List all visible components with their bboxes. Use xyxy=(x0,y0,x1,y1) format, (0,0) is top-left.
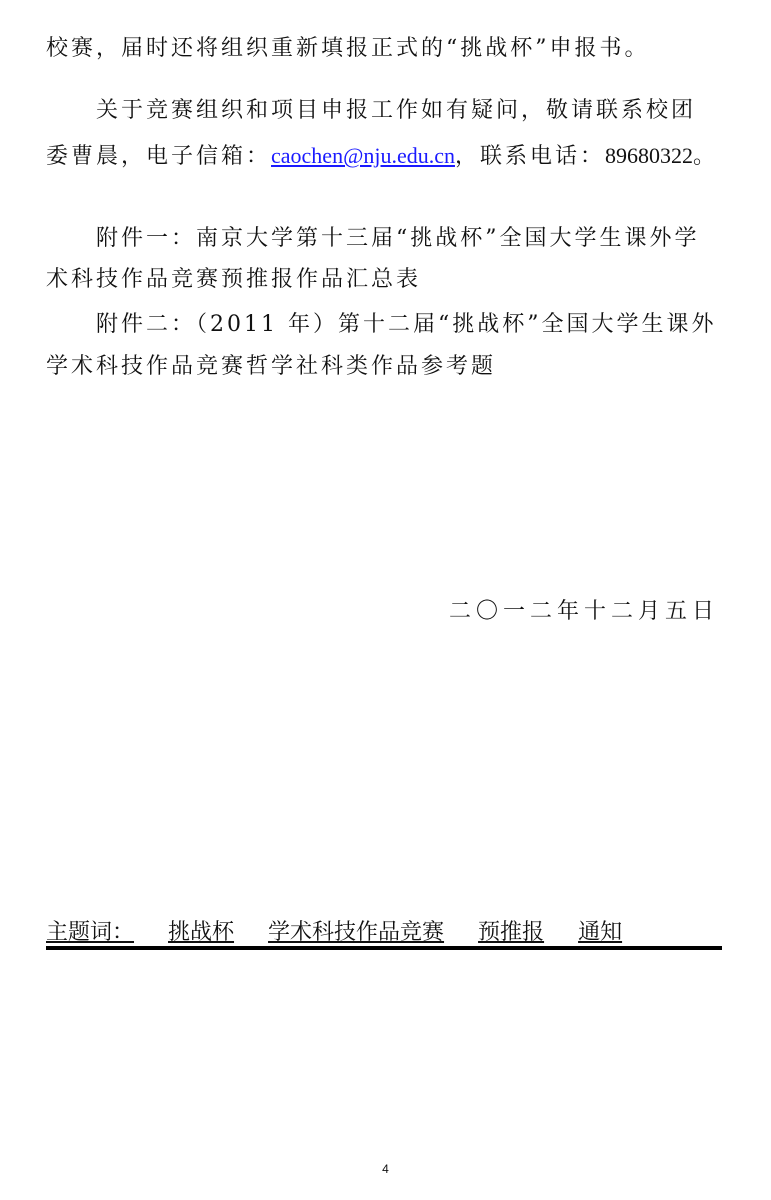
contact-paragraph-line-1: 关于竞赛组织和项目申报工作如有疑问，敬请联系校团 xyxy=(96,96,696,126)
keyword: 挑战杯 xyxy=(168,920,234,945)
keywords-label: 主题词： xyxy=(46,920,134,945)
phone-number: 89680322 xyxy=(605,143,693,168)
keyword: 通知 xyxy=(578,920,622,945)
paragraph-line: 校赛，届时还将组织重新填报正式的“挑战杯”申报书。 xyxy=(46,34,650,64)
email-link[interactable]: caochen@nju.edu.cn xyxy=(271,143,455,168)
contact-suffix: 。 xyxy=(693,144,718,169)
attachment-2-line-1: 附件二：（2011 年）第十二届“挑战杯”全国大学生课外 xyxy=(96,310,716,340)
issue-date: 二〇一二年十二月五日 xyxy=(449,594,719,625)
attachment-2-line-2: 学术科技作品竞赛哲学社科类作品参考题 xyxy=(46,352,496,382)
contact-mid: ，联系电话： xyxy=(455,144,605,169)
keyword: 学术科技作品竞赛 xyxy=(268,920,444,945)
attachment-1-line-1: 附件一：南京大学第十三届“挑战杯”全国大学生课外学 xyxy=(96,224,700,254)
keyword: 预推报 xyxy=(478,920,544,945)
keywords-line: 主题词：挑战杯学术科技作品竞赛预推报通知 xyxy=(46,918,722,948)
attachment-1-line-2: 术科技作品竞赛预推报作品汇总表 xyxy=(46,265,421,295)
page-number: 4 xyxy=(0,1162,771,1176)
contact-paragraph-line-2: 委曹晨，电子信箱：caochen@nju.edu.cn，联系电话：8968032… xyxy=(46,141,718,172)
keywords-divider xyxy=(46,946,722,950)
contact-prefix: 委曹晨，电子信箱： xyxy=(46,144,271,169)
